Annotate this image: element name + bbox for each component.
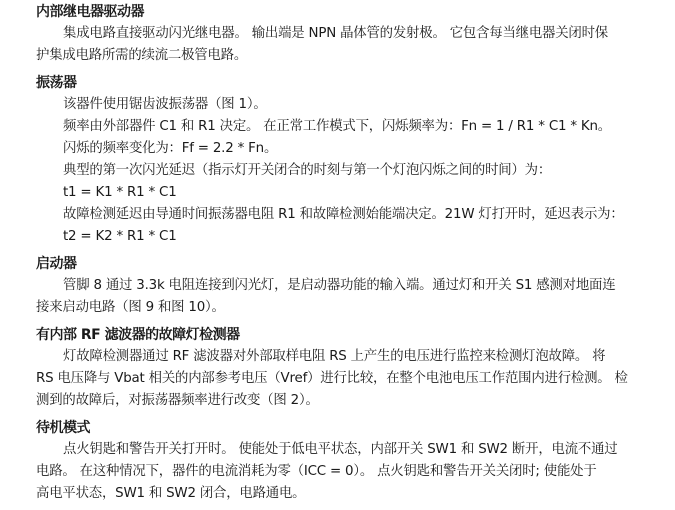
paragraph-line: RS 电压降与 Vbat 相关的内部参考电压（Vref）进行比较，在整个电池电压… [36, 368, 666, 390]
paragraph-line: 测到的故障后，对振荡器频率进行改变（图 2）。 [36, 390, 666, 412]
paragraph-line: 管脚 8 通过 3.3k 电阻连接到闪光灯，是启动器功能的输入端。通过灯和开关 … [36, 275, 666, 297]
paragraph-line: 闪烁的频率变化为：Ff = 2.2 * Fn。 [36, 138, 666, 160]
paragraph-line: 频率由外部器件 C1 和 R1 决定。 在正常工作模式下，闪烁频率为：Fn = … [36, 116, 666, 138]
paragraph-line: 该器件使用锯齿波振荡器（图 1）。 [36, 94, 666, 116]
section-heading-oscillator: 振荡器 [36, 72, 666, 94]
paragraph-line: 点火钥匙和警告开关打开时。 使能处于低电平状态，内部开关 SW1 和 SW2 断… [36, 439, 666, 461]
document-body: 内部继电器驱动器 集成电路直接驱动闪光继电器。 输出端是 NPN 晶体管的发射极… [36, 0, 666, 505]
section-heading-standby-mode: 待机模式 [36, 417, 666, 439]
paragraph-line: 典型的第一次闪光延迟（指示灯开关闭合的时刻与第一个灯泡闪烁之间的时间）为： [36, 160, 666, 182]
paragraph-line: 护集成电路所需的续流二极管电路。 [36, 45, 666, 67]
formula-t2: t2 = K2 * R1 * C1 [36, 226, 666, 248]
section-heading-relay-driver: 内部继电器驱动器 [36, 1, 666, 23]
paragraph-line: 集成电路直接驱动闪光继电器。 输出端是 NPN 晶体管的发射极。 它包含每当继电… [36, 23, 666, 45]
section-heading-fault-detector: 有内部 RF 滤波器的故障灯检测器 [36, 324, 666, 346]
paragraph-line: 电路。 在这种情况下，器件的电流消耗为零（ICC = 0）。 点火钥匙和警告开关… [36, 461, 666, 483]
paragraph-line: 灯故障检测器通过 RF 滤波器对外部取样电阻 RS 上产生的电压进行监控来检测灯… [36, 346, 666, 368]
paragraph-line: 接来启动电路（图 9 和图 10）。 [36, 297, 666, 319]
section-heading-starter: 启动器 [36, 253, 666, 275]
paragraph-line: 故障检测延迟由导通时间振荡器电阻 R1 和故障检测始能端决定。21W 灯打开时，… [36, 204, 666, 226]
paragraph-line: 高电平状态，SW1 和 SW2 闭合，电路通电。 [36, 483, 666, 505]
formula-t1: t1 = K1 * R1 * C1 [36, 182, 666, 204]
